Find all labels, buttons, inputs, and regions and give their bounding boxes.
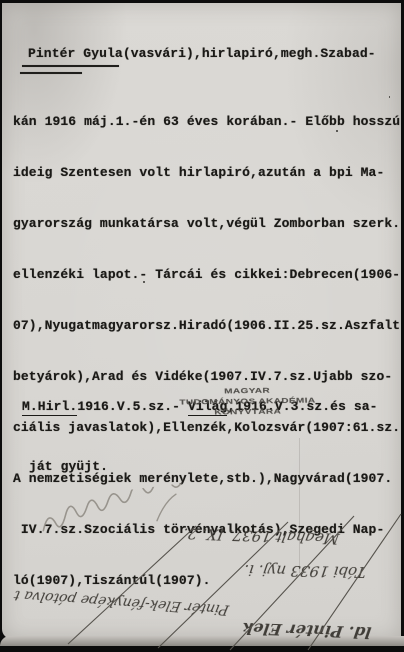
- body-line: 07),Nyugatmagyarorsz.Hiradó(1906.II.25.s…: [13, 317, 400, 334]
- body-line: gyarország munkatársa volt,végül Zomborb…: [13, 215, 400, 232]
- scanned-catalog-card: Pintér Gyula(vasvári),hirlapiró,megh.Sza…: [0, 0, 404, 652]
- handwritten-note-date-1933: Tóbi 1933 nyj. i.: [243, 561, 367, 581]
- source-line-2: ját gyüjt.: [29, 457, 378, 477]
- body-line: ellenzéki lapot.- Tárcái és cikkei:Debre…: [13, 266, 400, 283]
- body-line: kán 1916 máj.1.-én 63 éves korában.- Elő…: [13, 113, 400, 130]
- card-heading: Pintér Gyula(vasvári),hirlapiró,megh.Sza…: [28, 46, 376, 61]
- source-note: M.Hirl.1916.V.5.sz.- Világ,1916.V.3.sz.é…: [22, 357, 378, 517]
- source-ref-underlined: M.Hirl.: [22, 399, 77, 416]
- heading-underline-bottom: [20, 72, 82, 74]
- library-stamp: MAGYAR TUDOMÁNYOS AKADÉMIA KÖNYVTÁRA: [162, 385, 333, 419]
- body-line: ideig Szentesen volt hirlapiró,azután a …: [13, 164, 400, 181]
- heading-underline-top: [22, 65, 119, 67]
